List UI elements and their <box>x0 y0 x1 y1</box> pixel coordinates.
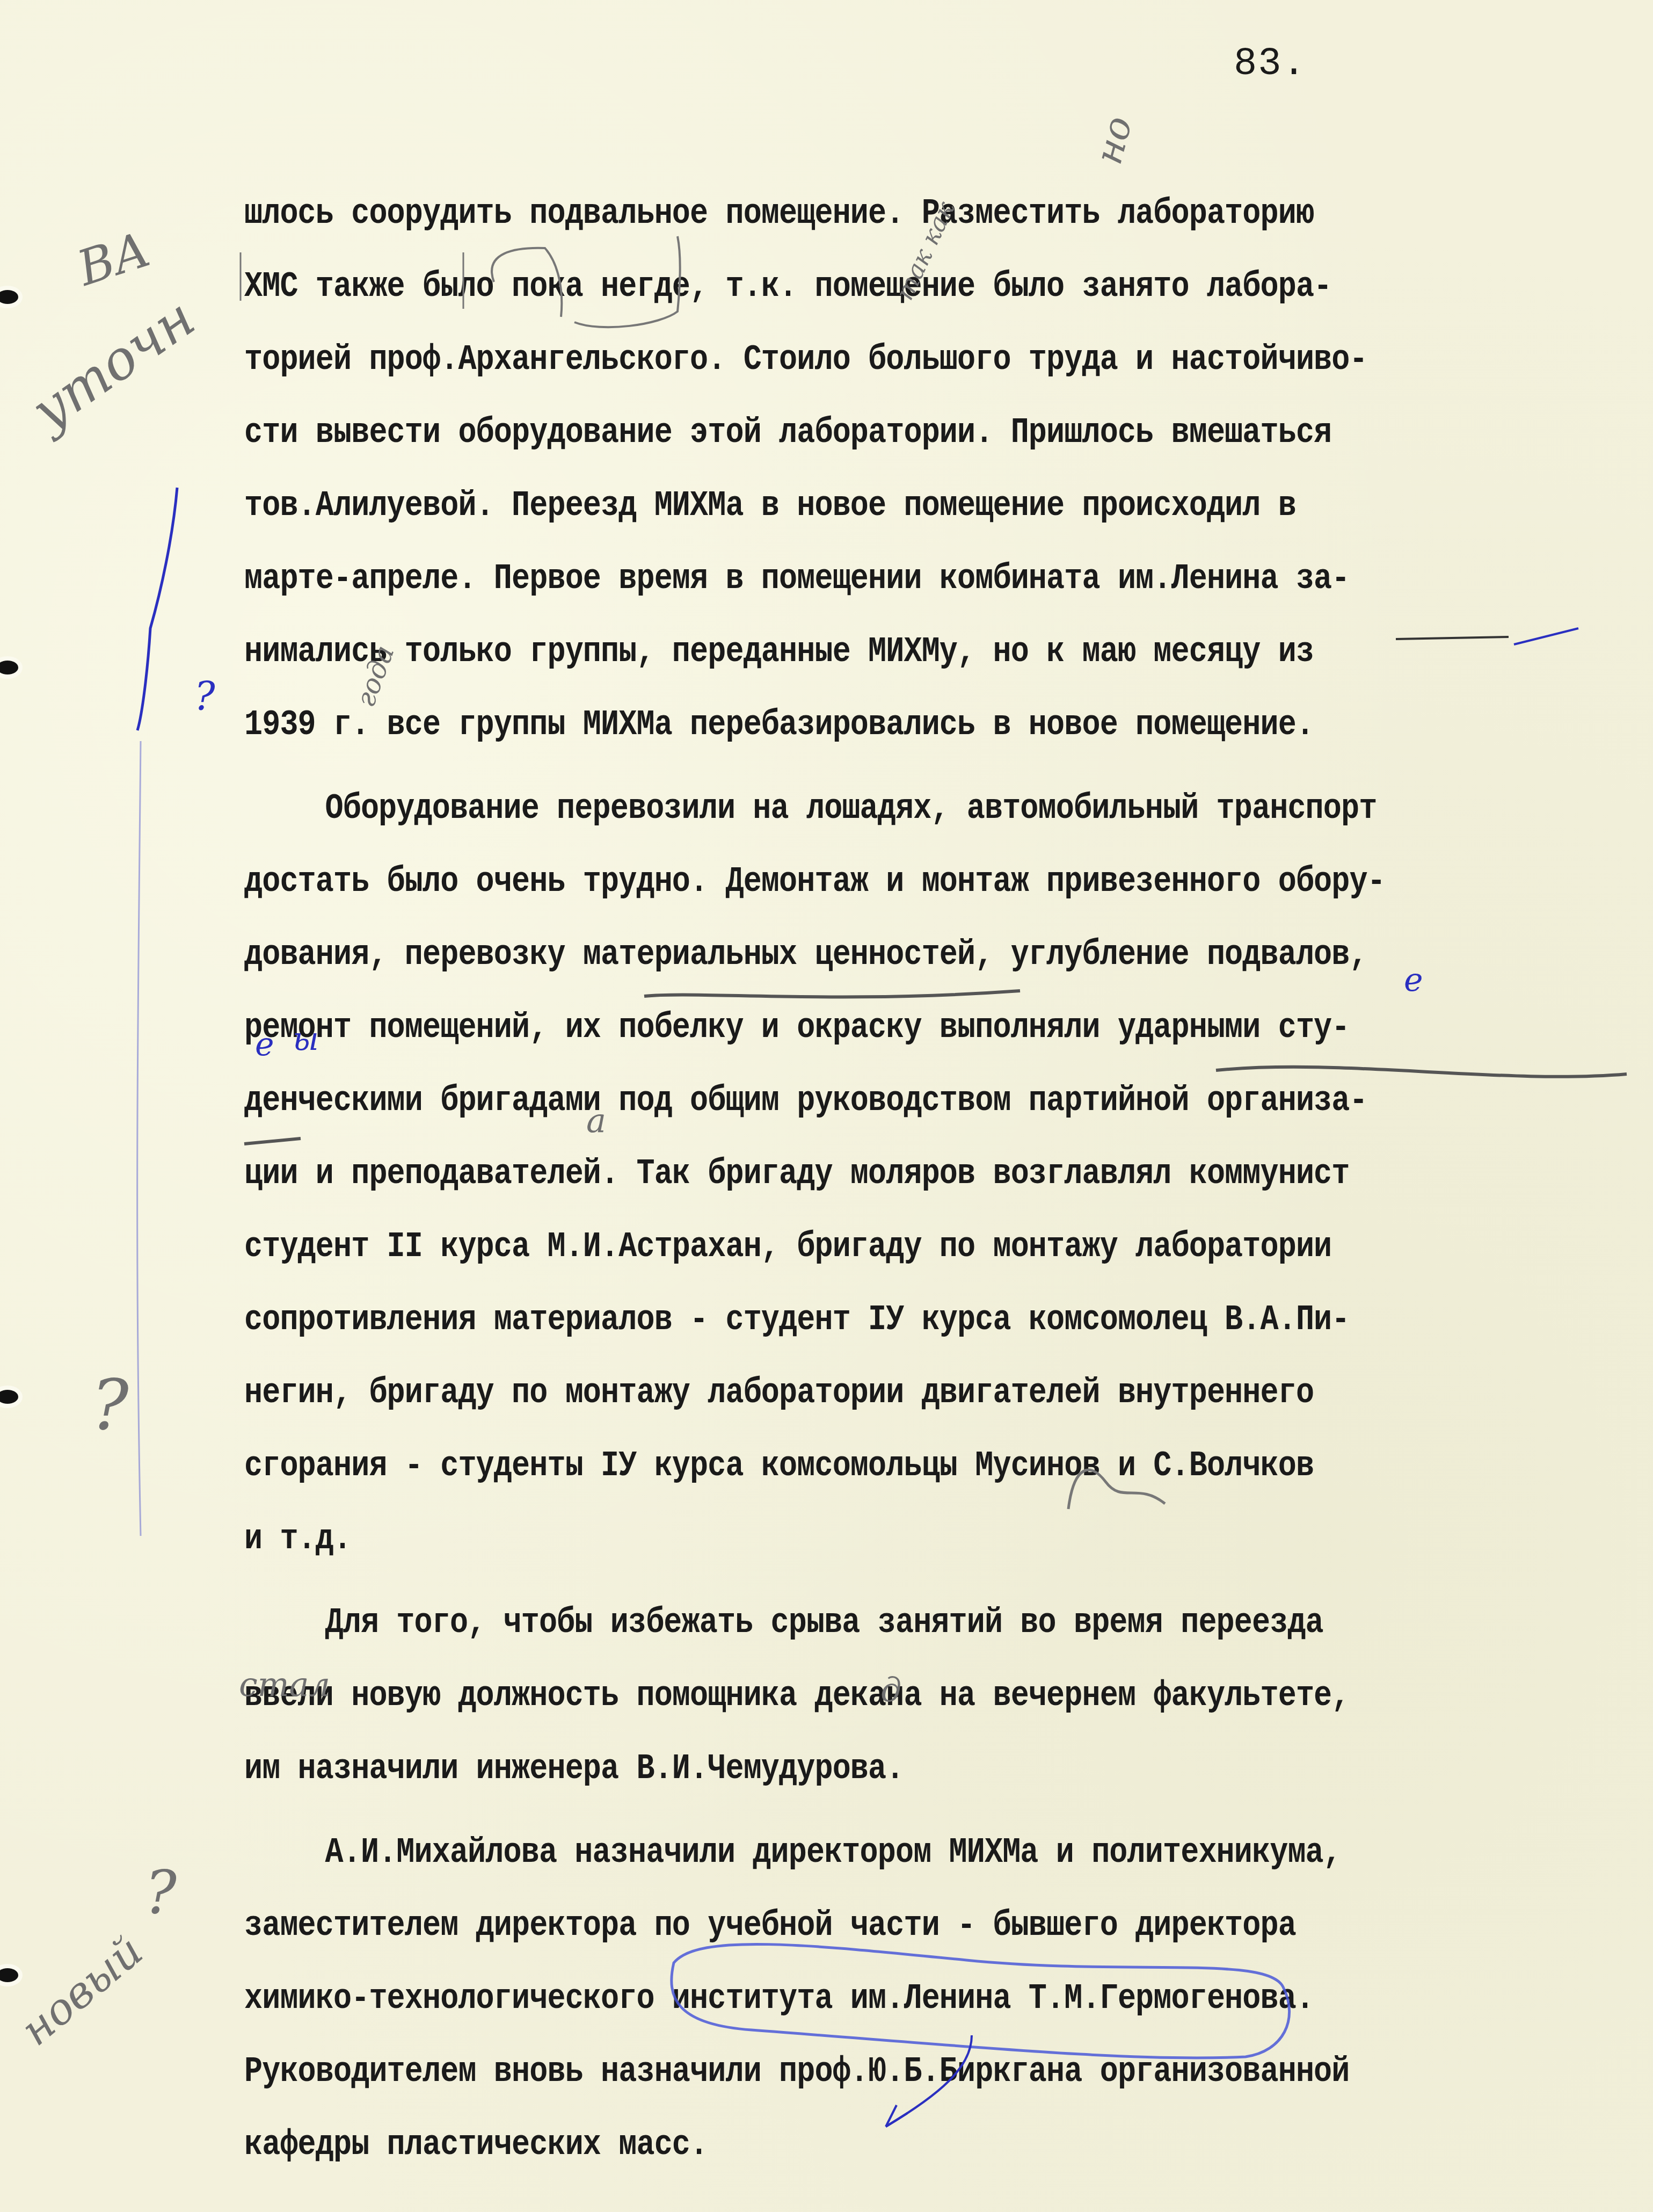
insertion-no: но <box>1086 112 1141 169</box>
punch-hole <box>0 1968 18 1982</box>
text-line: Для того, чтобы избежать срыва занятий в… <box>244 1586 1426 1659</box>
text-line: сопротивления материалов - студент IУ ку… <box>244 1283 1426 1357</box>
text-line: А.И.Михайлова назначили директором МИХМа… <box>244 1816 1426 1889</box>
margin-question-mark: ? <box>145 1858 177 1927</box>
margin-question-mark: ? <box>194 674 215 719</box>
text-line: ХМС также было пока негде, т.к. помещени… <box>244 250 1426 323</box>
text-line: сгорания - студенты IУ курса комсомольцы… <box>244 1430 1426 1503</box>
text-line: кафедры пластических масс. <box>244 2108 1426 2181</box>
paragraph-gap <box>244 1805 1619 1816</box>
text-line: негин, бригаду по монтажу лаборатории дв… <box>244 1357 1426 1430</box>
insertion-e: е <box>1404 961 1423 999</box>
insertion-a: а <box>586 1101 606 1140</box>
insertion-e: е <box>255 1026 274 1063</box>
text-line: ции и преподавателей. Так бригаду моляро… <box>244 1137 1426 1210</box>
page-number: 83. <box>1234 42 1307 86</box>
text-line: им назначили инженера В.И.Чемудурова. <box>244 1732 1426 1805</box>
margin-note-va: ВА <box>71 221 157 297</box>
text-line: тов.Алилуевой. Переезд МИХМа в новое пом… <box>244 469 1426 542</box>
typed-body-text: шлось соорудить подвальное помещение. Ра… <box>244 177 1619 2181</box>
text-line: Оборудование перевозили на лошадях, авто… <box>244 772 1426 845</box>
insertion-d: д <box>880 1670 901 1709</box>
text-line: нимались только группы, переданные МИХМу… <box>244 615 1426 688</box>
text-line: достать было очень трудно. Демонтаж и мо… <box>244 845 1426 918</box>
text-line: марте-апреле. Первое время в помещении к… <box>244 542 1426 615</box>
text-line: 1939 г. все группы МИХМа перебазировалис… <box>244 688 1426 761</box>
text-line: студент II курса М.И.Астрахан, бригаду п… <box>244 1210 1426 1283</box>
text-line: денческими бригадами под общим руководст… <box>244 1064 1426 1137</box>
margin-question-mark: ? <box>91 1364 129 1446</box>
text-line: и т.д. <box>244 1503 1426 1576</box>
paragraph-gap <box>244 761 1619 772</box>
text-line: ввели новую должность помощника декана н… <box>244 1659 1426 1732</box>
text-line: торией проф.Архангельского. Стоило больш… <box>244 323 1426 396</box>
punch-hole <box>0 290 18 304</box>
punch-hole <box>0 1390 18 1404</box>
text-line: ремонт помещений, их побелку и окраску в… <box>244 991 1426 1064</box>
text-line: химико-технологического института им.Лен… <box>244 1962 1426 2035</box>
insertion-y: ы <box>293 1020 319 1058</box>
punch-hole <box>0 661 18 675</box>
text-line: Руководителем вновь назначили проф.Ю.Б.Б… <box>244 2035 1426 2108</box>
text-line: дования, перевозку материальных ценносте… <box>244 918 1426 991</box>
margin-note-novyi: новый <box>11 1926 152 2055</box>
paragraph-gap <box>244 1576 1619 1586</box>
text-line: заместителем директора по учебной части … <box>244 1889 1426 1962</box>
text-line: сти вывести оборудование этой лаборатори… <box>244 396 1426 469</box>
margin-note-utochn: уточн <box>20 286 206 443</box>
text-line: шлось соорудить подвальное помещение. Ра… <box>244 177 1426 250</box>
insertion-stal: стал <box>239 1665 330 1704</box>
